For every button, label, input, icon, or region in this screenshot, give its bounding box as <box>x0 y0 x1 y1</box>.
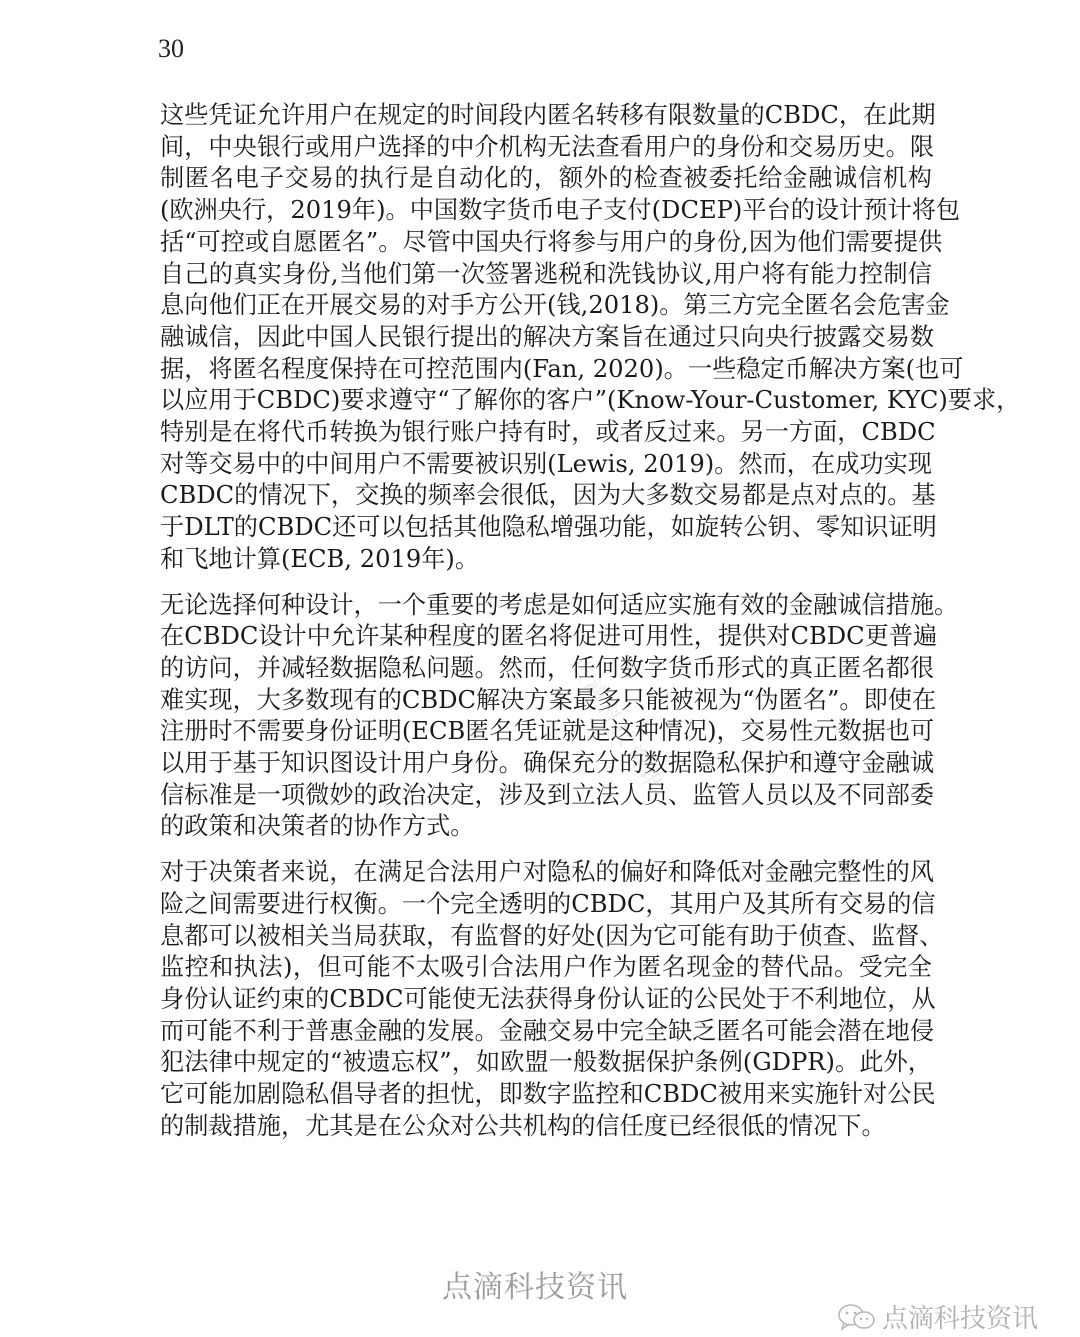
text-line: 间，中央银行或用户选择的中介机构无法查看用户的身份和交易历史。限 <box>160 132 932 164</box>
text-line: 息都可以被相关当局获取，有监督的好处(因为它可能有助于侦查、监督、 <box>160 921 932 953</box>
text-line: 注册时不需要身份证明(ECB匿名凭证就是这种情况)，交易性元数据也可 <box>160 716 932 748</box>
text-line: 而可能不利于普惠金融的发展。金融交易中完全缺乏匿名可能会潜在地侵 <box>160 1016 932 1048</box>
text-line: 的制裁措施，尤其是在公众对公共机构的信任度已经很低的情况下。 <box>160 1111 932 1143</box>
paragraph-3: 对于决策者来说，在满足合法用户对隐私的偏好和降低对金融完整性的风 险之间需要进行… <box>160 857 932 1142</box>
text-line: 以应用于CBDC)要求遵守“了解你的客户”(Know-Your-Customer… <box>160 385 932 417</box>
text-line: 息向他们正在开展交易的对手方公开(钱,2018)。第三方完全匿名会危害金 <box>160 290 932 322</box>
paragraph-2: 无论选择何种设计，一个重要的考虑是如何适应实施有效的金融诚信措施。 在CBDC设… <box>160 590 932 844</box>
text-line: 对于决策者来说，在满足合法用户对隐私的偏好和降低对金融完整性的风 <box>160 857 932 889</box>
text-line: 的政策和决策者的协作方式。 <box>160 811 932 843</box>
text-line: 犯法律中规定的“被遗忘权”，如欧盟一般数据保护条例(GDPR)。此外， <box>160 1047 932 1079</box>
text-line: 身份认证约束的CBDC可能使无法获得身份认证的公民处于不利地位，从 <box>160 984 932 1016</box>
text-line: 以用于基于知识图设计用户身份。确保充分的数据隐私保护和遵守金融诚 <box>160 748 932 780</box>
text-line: 监控和执法)，但可能不太吸引合法用户作为匿名现金的替代品。受完全 <box>160 952 932 984</box>
paragraph-1: 这些凭证允许用户在规定的时间段内匿名转移有限数量的CBDC，在此期 间，中央银行… <box>160 100 932 576</box>
text-line: 险之间需要进行权衡。一个完全透明的CBDC，其用户及其所有交易的信 <box>160 889 932 921</box>
text-line: 据，将匿名程度保持在可控范围内(Fan, 2020)。一些稳定币解决方案(也可 <box>160 354 932 386</box>
text-line: 融诚信，因此中国人民银行提出的解决方案旨在通过只向央行披露交易数 <box>160 322 932 354</box>
text-line: 和飞地计算(ECB, 2019年)。 <box>160 544 932 576</box>
page-number: 30 <box>158 34 184 64</box>
text-line: 对等交易中的中间用户不需要被识别(Lewis, 2019)。然而，在成功实现 <box>160 449 932 481</box>
document-body: 这些凭证允许用户在规定的时间段内匿名转移有限数量的CBDC，在此期 间，中央银行… <box>160 100 932 1157</box>
text-line: 自己的真实身份,当他们第一次签署逃税和洗钱协议,用户将有能力控制信 <box>160 259 932 291</box>
text-line: 难实现，大多数现有的CBDC解决方案最多只能被视为“伪匿名”。即使在 <box>160 685 932 717</box>
text-line: 特别是在将代币转换为银行账户持有时，或者反过来。另一方面，CBDC <box>160 417 932 449</box>
text-line: 信标准是一项微妙的政治决定，涉及到立法人员、监管人员以及不同部委 <box>160 780 932 812</box>
wechat-icon <box>836 1302 878 1332</box>
wechat-source-badge: 点滴科技资讯 <box>836 1298 1038 1335</box>
footer-watermark-title: 点滴科技资讯 <box>442 1262 628 1306</box>
text-line: 无论选择何种设计，一个重要的考虑是如何适应实施有效的金融诚信措施。 <box>160 590 932 622</box>
text-line: 这些凭证允许用户在规定的时间段内匿名转移有限数量的CBDC，在此期 <box>160 100 932 132</box>
text-line: 制匿名电子交易的执行是自动化的，额外的检查被委托给金融诚信机构 <box>160 163 932 195</box>
text-line: CBDC的情况下，交换的频率会很低，因为大多数交易都是点对点的。基 <box>160 480 932 512</box>
text-line: 在CBDC设计中允许某种程度的匿名将促进可用性，提供对CBDC更普遍 <box>160 621 932 653</box>
text-line: 它可能加剧隐私倡导者的担忧，即数字监控和CBDC被用来实施针对公民 <box>160 1079 932 1111</box>
text-line: 括“可控或自愿匿名”。尽管中国央行将参与用户的身份,因为他们需要提供 <box>160 227 932 259</box>
text-line: (欧洲央行，2019年)。中国数字货币电子支付(DCEP)平台的设计预计将包 <box>160 195 932 227</box>
text-line: 的访问，并减轻数据隐私问题。然而，任何数字货币形式的真正匿名都很 <box>160 653 932 685</box>
text-line: 于DLT的CBDC还可以包括其他隐私增强功能，如旋转公钥、零知识证明 <box>160 512 932 544</box>
badge-label: 点滴科技资讯 <box>882 1298 1038 1335</box>
